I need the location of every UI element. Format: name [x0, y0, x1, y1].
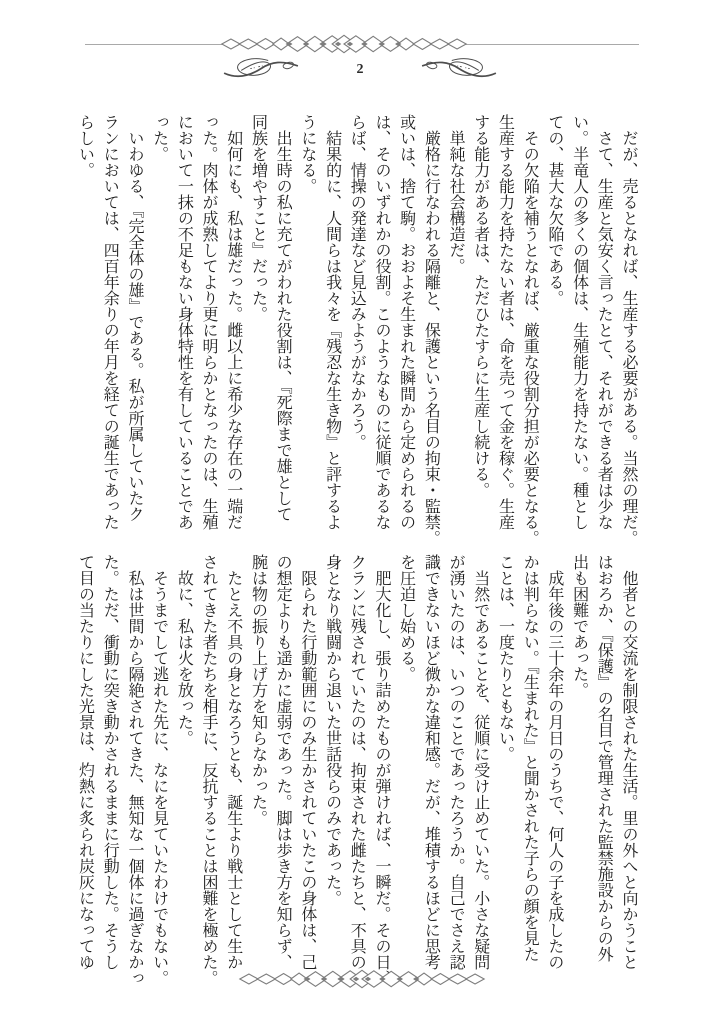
text-line: の想定よりも遥かに虚弱であった。脚は歩き方を知らず、 — [269, 554, 294, 974]
text-line: 他者との交流を制限された生活。里の外へと向かうこと — [615, 554, 640, 974]
text-line: 同族を増やすこと』だった。 — [245, 114, 270, 534]
text-line: を圧迫し始める。 — [393, 554, 418, 974]
text-line: たとえ不具の身となろうとも、誕生より戦士として生か — [220, 554, 245, 974]
text-line: そうまでして逃れた先に、なにを見ていたわけでもない。 — [146, 554, 171, 974]
text-line: い。半竜人の多くの個体は、生殖能力を持たない。種とし — [566, 114, 591, 534]
diamond-chain-ornament-bottom — [238, 968, 486, 990]
text-line: うになる。 — [294, 114, 319, 534]
text-line: ことは、一度たりともない。 — [492, 554, 517, 974]
text-line: 識できないほど微かな違和感。だが、堆積するほどに思考 — [418, 554, 443, 974]
text-line: 身となり戦闘から退いた世話役らのみであった。 — [319, 554, 344, 974]
text-line: 出生時の私に充てがわれた役割は、『死際まで雄として — [269, 114, 294, 534]
page-number: 2 — [340, 62, 380, 78]
text-line: ての、甚大な欠陥である。 — [541, 114, 566, 534]
text-line: 肥大化し、張り詰めたものが弾ければ、一瞬だ。その日、 — [368, 554, 393, 974]
text-line: は、そのいずれかの役割。このようなものに従順であるな — [368, 114, 393, 534]
text-line: 故に、私は火を放った。 — [171, 554, 196, 974]
text-line: 私は世間から隔絶されてきた、無知な一個体に過ぎなかっ — [121, 554, 146, 974]
text-line: ランにおいては、四百年余りの年月を経ての誕生であった — [97, 114, 122, 534]
text-block-upper: だが、売るとなれば、生産する必要がある。当然の理だ。 さて、生産と気安く言ったと… — [66, 114, 640, 534]
text-line: クランに残されていたのは、拘束された雌たちと、不具の — [344, 554, 369, 974]
text-line: 厳格に行なわれる隔離と、保護という名目の拘束・監禁。 — [418, 114, 443, 534]
text-line: いわゆる、『完全体の雄』である。私が所属していたク — [121, 114, 146, 534]
text-line: その欠陥を補うとなれば、厳重な役割分担が必要となる。 — [516, 114, 541, 534]
text-line: はおろか、『保護』の名目で管理された監禁施設からの外 — [591, 554, 616, 974]
flourish-left-icon — [222, 56, 300, 83]
text-line: が湧いたのは、いつのことであったろうか。自己でさえ認 — [442, 554, 467, 974]
text-line: 生産する能力を持たない者は、命を売って金を稼ぐ。生産 — [492, 114, 517, 534]
text-line: 当然であることを、従順に受け止めていた。小さな疑問 — [467, 554, 492, 974]
text-line: 或いは、捨て駒。おおよそ生まれた瞬間から定められるの — [393, 114, 418, 534]
text-line: 限られた行動範囲にのみ生かされていたこの身体は、己 — [294, 554, 319, 974]
text-line: らば、情操の発達など見込みようがなかろう。 — [344, 114, 369, 534]
text-line: らしい。 — [72, 114, 97, 534]
text-block-lower: 他者との交流を制限された生活。里の外へと向かうことはおろか、『保護』の名目で管理… — [66, 554, 640, 974]
text-line: さて、生産と気安く言ったとて、それができる者は少な — [591, 114, 616, 534]
text-line: 如何にも、私は雄だった。雌以上に希少な存在の一端だ — [220, 114, 245, 534]
text-line: った。 — [146, 114, 171, 534]
text-line: た。ただ、衝動に突き動かされるままに行動した。そうし — [97, 554, 122, 974]
text-line: 結果的に、人間らは我々を『残忍な生き物』と評するよ — [319, 114, 344, 534]
text-line: されてきた者たちを相手に、反抗することは困難を極めた。 — [195, 554, 220, 974]
text-line: 単純な社会構造だ。 — [442, 114, 467, 534]
text-line: だが、売るとなれば、生産する必要がある。当然の理だ。 — [615, 114, 640, 534]
book-page: 2 だが、売るとなれば、生産する必要がある。当然の理だ。 さて、生産と気安く言っ… — [0, 0, 723, 1024]
text-line: において一抹の不足もない身体特性を有していることであ — [171, 114, 196, 534]
text-line: 出も困難であった。 — [566, 554, 591, 974]
text-line: する能力がある者は、ただひたすらに生産し続ける。 — [467, 114, 492, 534]
diamond-chain-ornament-top — [220, 33, 468, 55]
text-line: かは判らない。『生まれた』と聞かされた子らの顔を見た — [516, 554, 541, 974]
text-line: 腕は物の振り上げ方を知らなかった。 — [245, 554, 270, 974]
text-line: った。肉体が成熟してより更に明らかとなったのは、生殖 — [195, 114, 220, 534]
text-line: て目の当たりにした光景は、灼熱に炙られ炭灰になってゆ — [72, 554, 97, 974]
flourish-right-icon — [420, 56, 498, 83]
text-line: 成年後の三十余年の月日のうちで、何人の子を成したの — [541, 554, 566, 974]
